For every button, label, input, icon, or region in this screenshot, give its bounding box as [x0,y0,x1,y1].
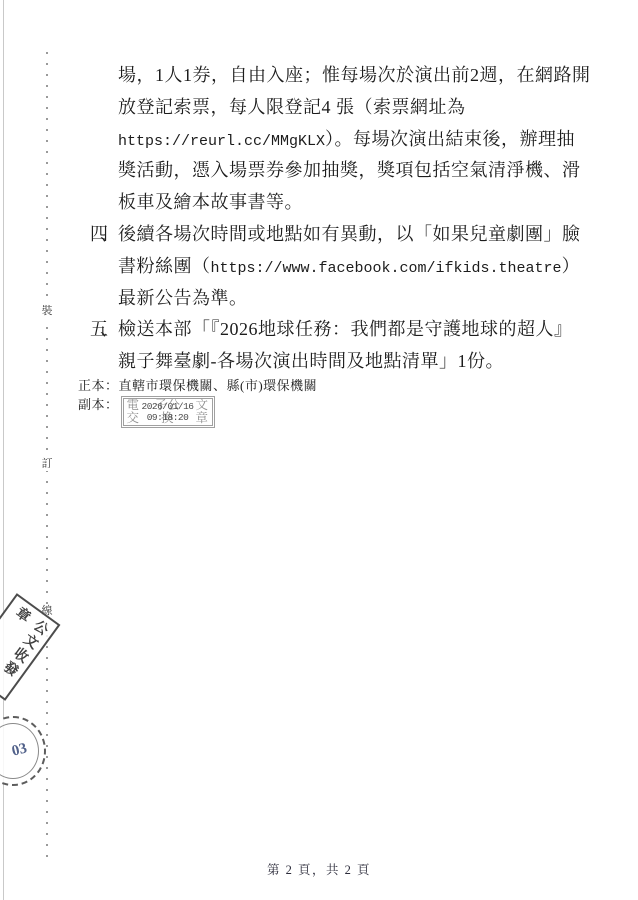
original-value: 直轄市環保機關、縣(市)環保機關 [119,376,318,395]
binding-mark-zhuang: 裝 [39,305,55,318]
recipients-block: 正本： 直轄市環保機關、縣(市)環保機關 副本： 電 子公 文 交 換 章 [78,376,317,428]
body-text: 親子舞臺劇-各場次演出時間及地點清單」1份。 [118,351,504,371]
body-line-item-4: 四、後續各場次時間或地點如有異動，以「如果兒童劇團」臉 [90,219,590,251]
body-line-item-5: 五、檢送本部「『2026地球任務：我們都是守護地球的超人』 [90,314,590,346]
document-page: 裝 訂 線 場，1人1券，自由入座；惟每場次於演出前2週，在網路開 放登記索票，… [0,0,638,900]
receipt-stamp-text: 公文收發章 [0,601,53,690]
copy-recipient-row: 副本： 電 子公 文 交 換 章 2026/01/16 09:18 [78,395,317,428]
body-line: 最新公告為準。 [90,283,590,315]
round-seal: 03 [0,716,46,786]
body-text: 場，1人1券，自由入座；惟每場次於演出前2週，在網路開 [118,65,591,85]
body-text: 板車及繪本故事書等。 [118,192,303,212]
body-text: 檢送本部「『2026地球任務：我們都是守護地球的超人』 [118,319,573,339]
item-number: 四、 [90,219,118,251]
original-recipient-row: 正本： 直轄市環保機關、縣(市)環保機關 [78,376,317,395]
item-number: 五、 [90,314,118,346]
body-line: 獎活動，憑入場票券參加抽獎，獎項包括空氣清淨機、滑 [90,155,590,187]
body-text: 放登記索票，每人限登記4 張（索票網址為 [118,97,466,117]
body-text: 獎活動，憑入場票券參加抽獎，獎項包括空氣清淨機、滑 [118,160,581,180]
body-line: https://reurl.cc/MMgKLX）。每場次演出結束後，辦理抽 [90,124,590,156]
body-line: 放登記索票，每人限登記4 張（索票網址為 [90,92,590,124]
body-line: 場，1人1券，自由入座；惟每場次於演出前2週，在網路開 [90,60,590,92]
body-text: 書粉絲團（ [118,256,211,276]
electronic-exchange-stamp: 電 子公 文 交 換 章 2026/01/16 09:18:20 [121,396,215,428]
binding-dotted-line [46,52,48,860]
exchange-stamp-time: 09:18:20 [124,412,212,423]
body-line: 書粉絲團（https://www.facebook.com/ifkids.the… [90,251,590,283]
exchange-stamp-datetime: 2026/01/16 09:18:20 [124,401,212,423]
body-text: 最新公告為準。 [118,288,248,308]
page-footer: 第 2 頁，共 2 頁 [0,860,638,878]
letter-body: 場，1人1券，自由入座；惟每場次於演出前2週，在網路開 放登記索票，每人限登記4… [90,60,590,378]
original-label: 正本： [78,376,119,395]
exchange-stamp-border: 電 子公 文 交 換 章 2026/01/16 09:18:20 [123,398,213,426]
body-text: 後續各場次時間或地點如有異動，以「如果兒童劇團」臉 [118,224,581,244]
ticket-url: https://reurl.cc/MMgKLX [118,133,325,150]
exchange-stamp-date: 2026/01/16 [124,401,212,412]
body-text: ）。每場次演出結束後，辦理抽 [325,129,575,149]
body-text: ） [562,256,581,276]
body-line: 板車及繪本故事書等。 [90,187,590,219]
copy-label: 副本： [78,395,119,414]
binding-mark-ding: 訂 [39,458,55,471]
facebook-url: https://www.facebook.com/ifkids.theatre [211,260,562,277]
body-line: 親子舞臺劇-各場次演出時間及地點清單」1份。 [90,346,590,378]
